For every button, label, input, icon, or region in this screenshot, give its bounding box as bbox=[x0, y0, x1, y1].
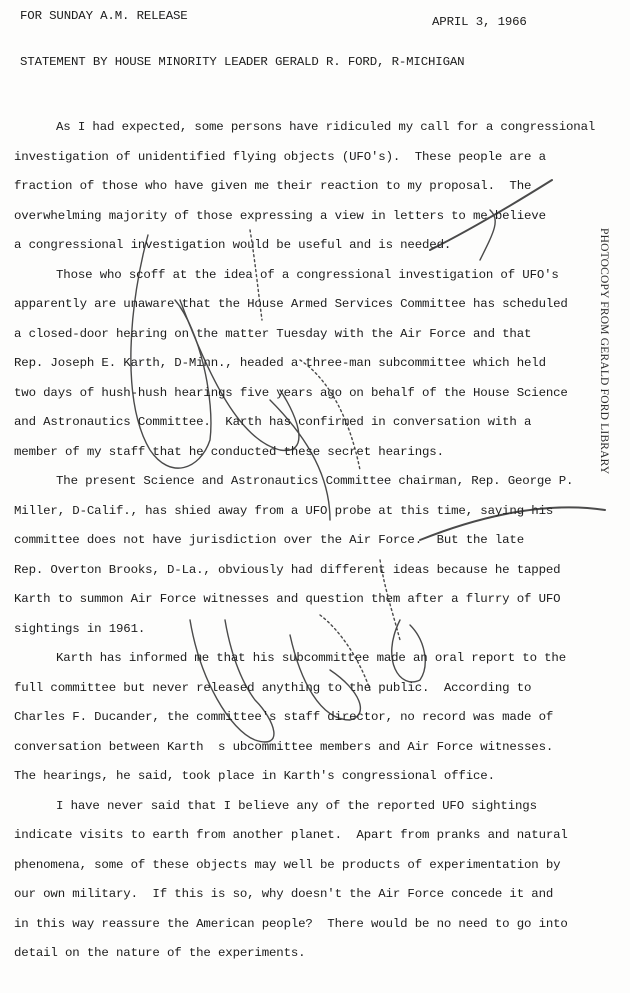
text-line: full committee but never released anythi… bbox=[14, 674, 594, 704]
text-line: Miller, D-Calif., has shied away from a … bbox=[14, 497, 594, 527]
text-line: two days of hush-hush hearings five year… bbox=[14, 379, 594, 409]
text-line: a congressional investigation would be u… bbox=[14, 231, 594, 261]
text-line: sightings in 1961. bbox=[14, 615, 594, 645]
text-line: investigation of unidentified flying obj… bbox=[14, 143, 594, 173]
paragraph-5: I have never said that I believe any of … bbox=[14, 792, 594, 969]
paragraph-2: Those who scoff at the idea of a congres… bbox=[14, 261, 594, 468]
document-page: FOR SUNDAY A.M. RELEASE APRIL 3, 1966 ST… bbox=[0, 0, 630, 993]
text-line: As I had expected, some persons have rid… bbox=[14, 113, 594, 143]
text-line: Rep. Joseph E. Karth, D-Minn., headed a … bbox=[14, 349, 594, 379]
text-line: a closed-door hearing on the matter Tues… bbox=[14, 320, 594, 350]
release-note: FOR SUNDAY A.M. RELEASE bbox=[20, 9, 188, 23]
text-line: indicate visits to earth from another pl… bbox=[14, 821, 594, 851]
statement-title: STATEMENT BY HOUSE MINORITY LEADER GERAL… bbox=[20, 55, 464, 69]
text-line: phenomena, some of these objects may wel… bbox=[14, 851, 594, 881]
paragraph-4: Karth has informed me that his subcommit… bbox=[14, 644, 594, 792]
text-line: in this way reassure the American people… bbox=[14, 910, 594, 940]
release-date: APRIL 3, 1966 bbox=[432, 15, 527, 29]
text-line: I have never said that I believe any of … bbox=[14, 792, 594, 822]
text-line: Those who scoff at the idea of a congres… bbox=[14, 261, 594, 291]
paragraph-3: The present Science and Astronautics Com… bbox=[14, 467, 594, 644]
text-line: The present Science and Astronautics Com… bbox=[14, 467, 594, 497]
library-stamp: PHOTOCOPY FROM GERALD FORD LIBRARY bbox=[598, 228, 610, 474]
text-line: and Astronautics Committee. Karth has co… bbox=[14, 408, 594, 438]
text-line: overwhelming majority of those expressin… bbox=[14, 202, 594, 232]
paragraph-1: As I had expected, some persons have rid… bbox=[14, 113, 594, 261]
text-line: Karth has informed me that his subcommit… bbox=[14, 644, 594, 674]
text-line: member of my staff that he conducted the… bbox=[14, 438, 594, 468]
text-line: our own military. If this is so, why doe… bbox=[14, 880, 594, 910]
text-line: apparently are unaware that the House Ar… bbox=[14, 290, 594, 320]
statement-body: As I had expected, some persons have rid… bbox=[14, 113, 594, 969]
text-line: fraction of those who have given me thei… bbox=[14, 172, 594, 202]
text-line: Rep. Overton Brooks, D-La., obviously ha… bbox=[14, 556, 594, 586]
text-line: committee does not have jurisdiction ove… bbox=[14, 526, 594, 556]
text-line: conversation between Karth s ubcommittee… bbox=[14, 733, 594, 763]
text-line: detail on the nature of the experiments. bbox=[14, 939, 594, 969]
text-line: The hearings, he said, took place in Kar… bbox=[14, 762, 594, 792]
text-line: Karth to summon Air Force witnesses and … bbox=[14, 585, 594, 615]
text-line: Charles F. Ducander, the committee's sta… bbox=[14, 703, 594, 733]
